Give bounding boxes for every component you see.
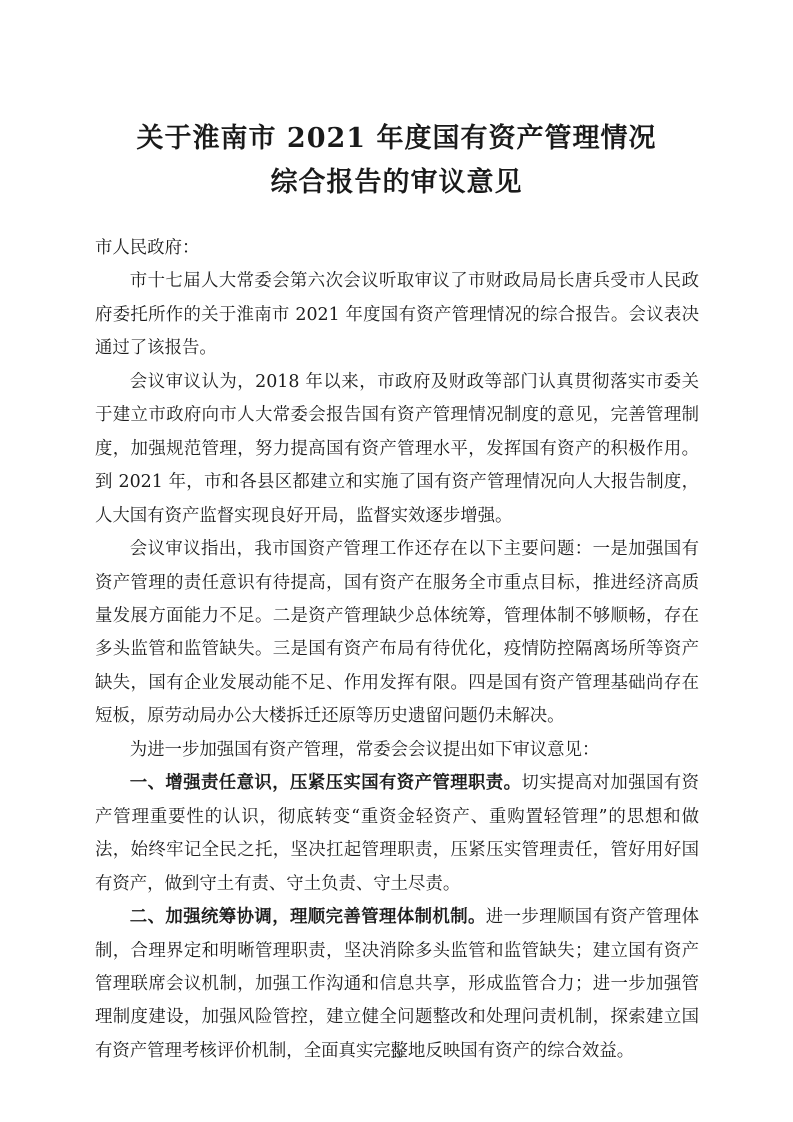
document-title-line-1: 关于淮南市 2021 年度国有资产管理情况 (0, 116, 793, 155)
paragraph-3: 会议审议指出，我市国资产管理工作还存在以下主要问题：一是加强国有资产管理的责任意… (95, 533, 699, 734)
page-number: 19 (0, 1046, 793, 1062)
section-heading-1: 一、增强责任意识，压紧压实国有资产管理职责。 (130, 773, 522, 793)
section-text-2: 进一步理顺国有资产管理体制，合理界定和明晰管理职责，坚决消除多头监管和监管缺失；… (95, 907, 699, 1061)
paragraph-2: 会议审议认为，2018 年以来，市政府及财政等部门认真贯彻落实市委关于建立市政府… (95, 366, 699, 533)
paragraph-1: 市十七届人大常委会第六次会议听取审议了市财政局局长唐兵受市人民政府委托所作的关于… (95, 265, 699, 365)
document-page: 关于淮南市 2021 年度国有资产管理情况 综合报告的审议意见 市人民政府： 市… (0, 0, 793, 1122)
document-title-line-2: 综合报告的审议意见 (0, 160, 793, 199)
document-body: 市人民政府： 市十七届人大常委会第六次会议听取审议了市财政局局长唐兵受市人民政府… (95, 232, 699, 1068)
salutation: 市人民政府： (95, 232, 699, 265)
section-heading-2: 二、加强统筹协调，理顺完善管理体制机制。 (130, 907, 486, 927)
paragraph-4: 为进一步加强国有资产管理，常委会会议提出如下审议意见： (95, 734, 699, 767)
paragraph-6: 二、加强统筹协调，理顺完善管理体制机制。进一步理顺国有资产管理体制，合理界定和明… (95, 901, 699, 1068)
paragraph-5: 一、增强责任意识，压紧压实国有资产管理职责。切实提高对加强国有资产管理重要性的认… (95, 767, 699, 901)
